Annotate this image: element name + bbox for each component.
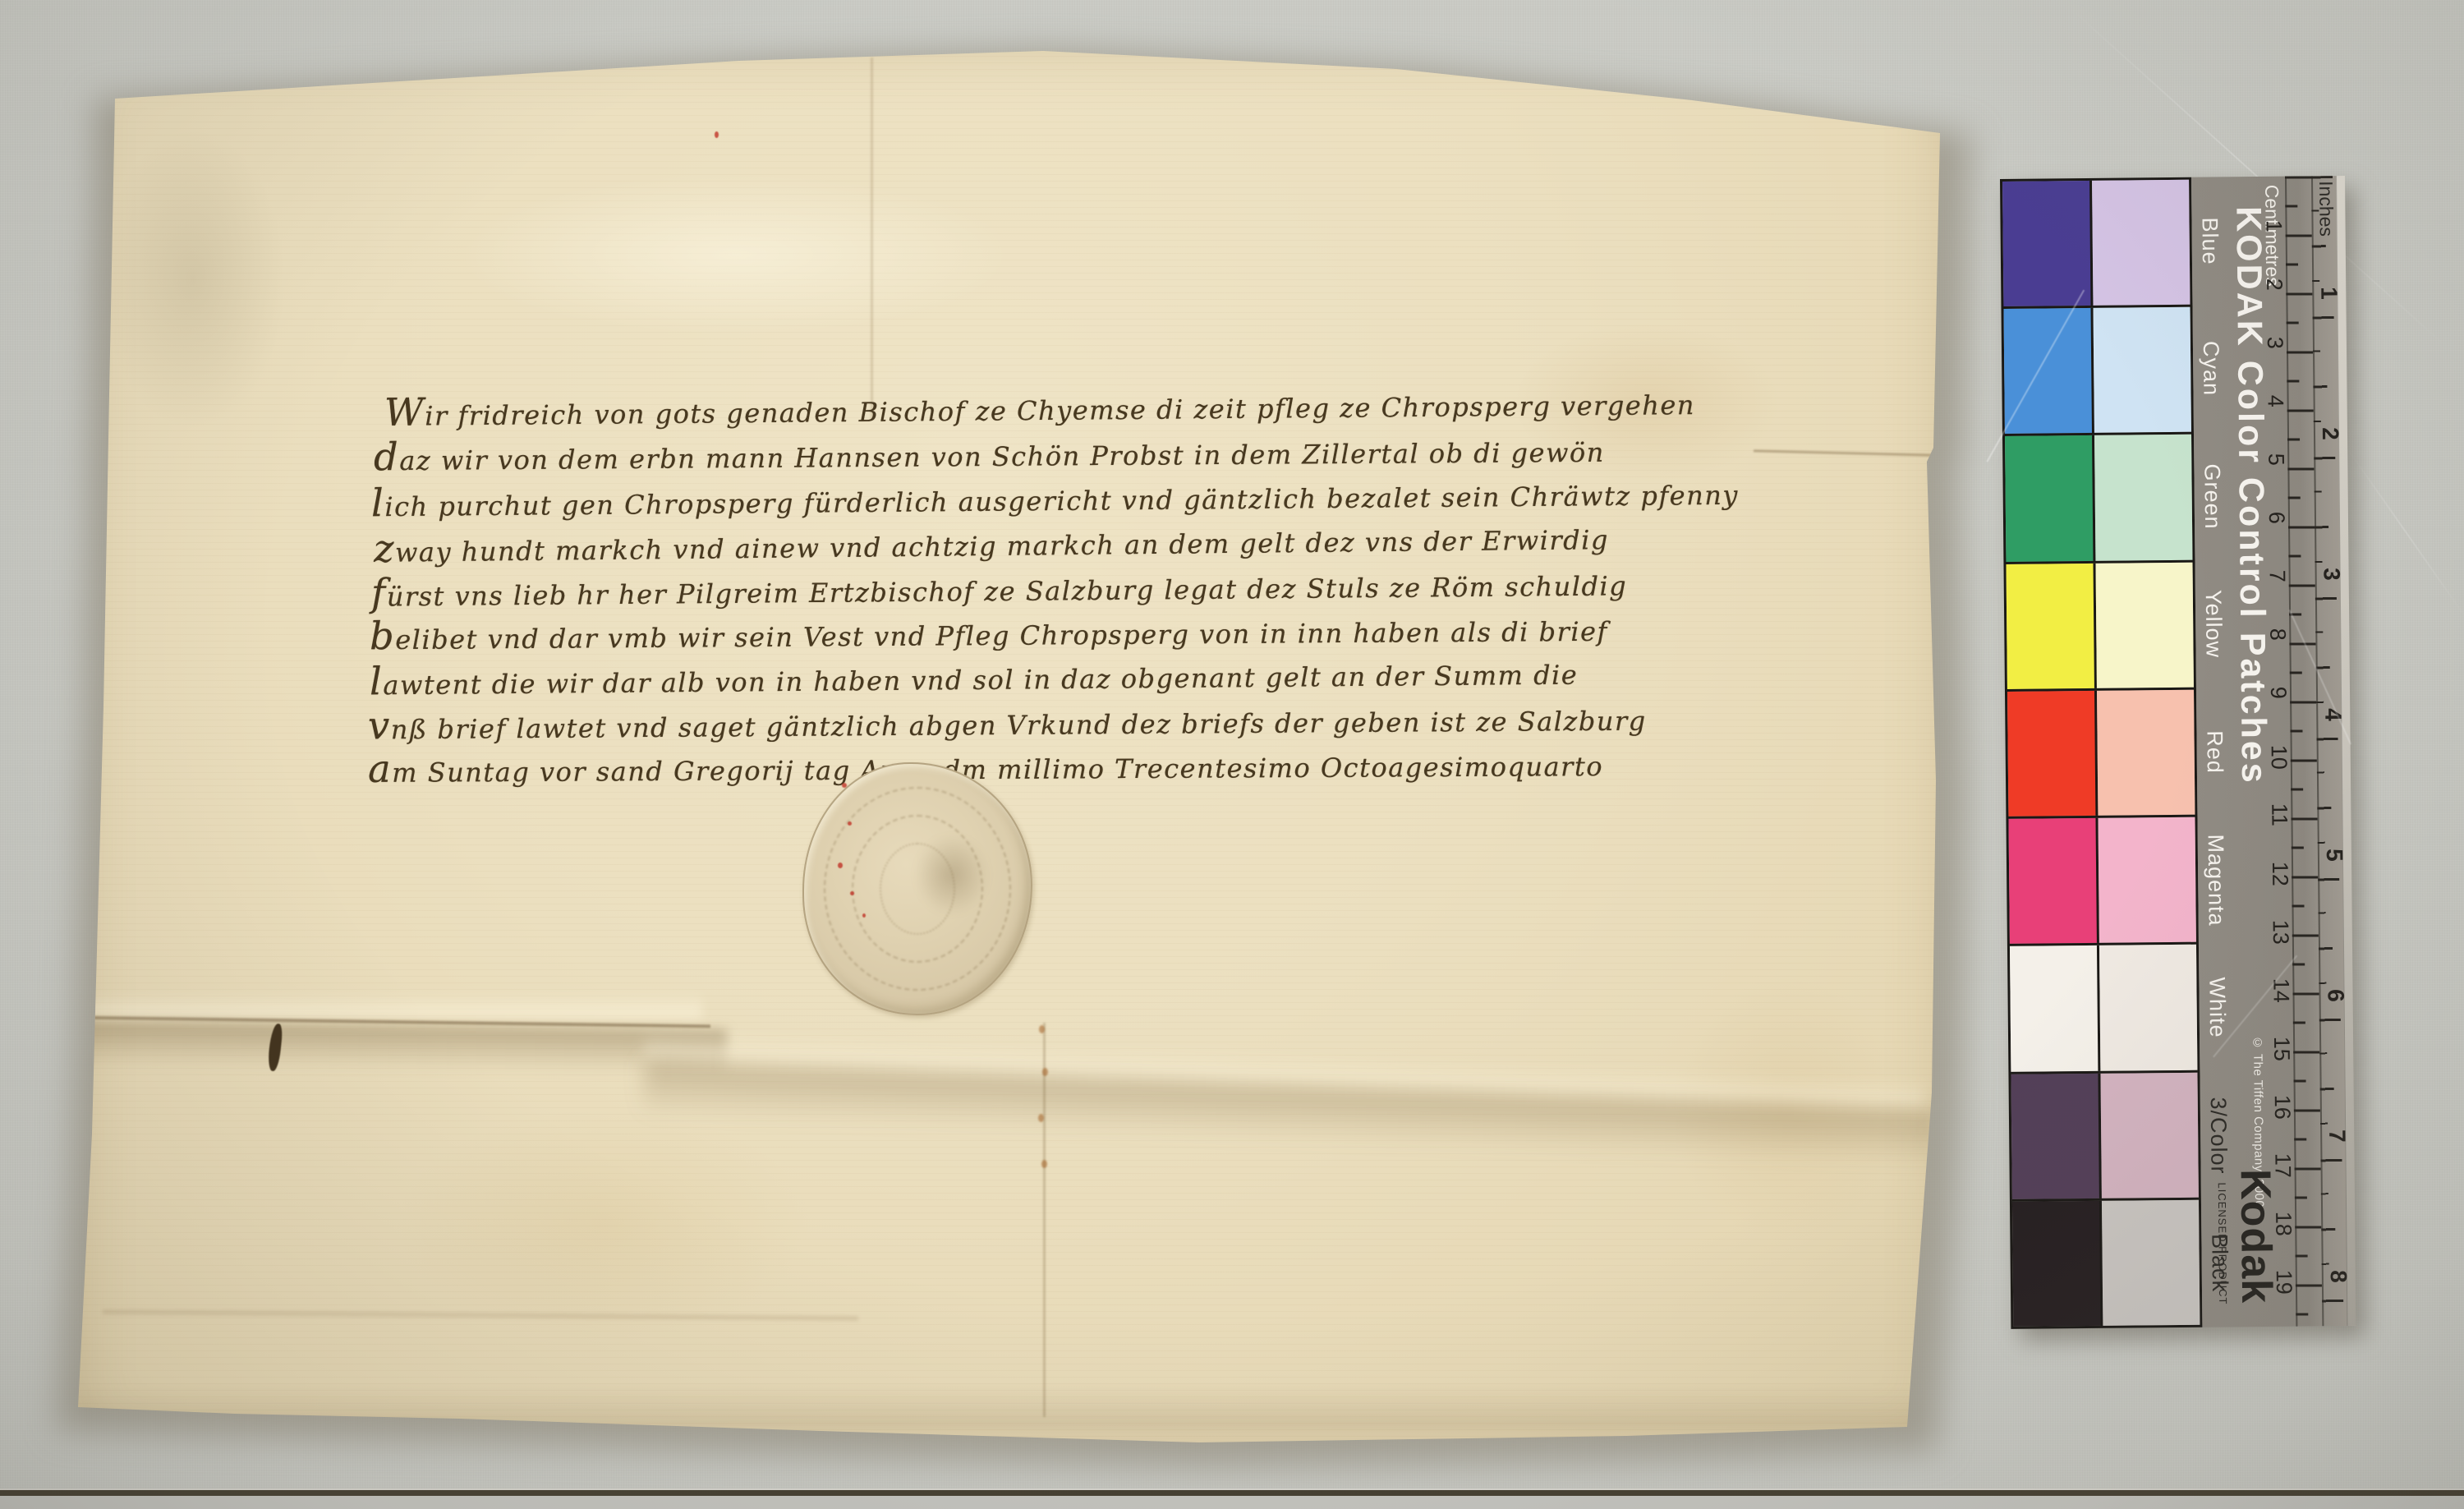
color-patch-magenta	[2008, 818, 2099, 944]
photo-background: Wir fridreich von gots genaden Bischof z…	[0, 0, 2464, 1509]
red-wax-speck	[850, 891, 854, 895]
manuscript-line: lich purchut gen Chropsperg fürderlich a…	[371, 469, 1739, 526]
inch-ruler: 12345678	[2191, 176, 2347, 1327]
color-tint-3color	[2100, 1072, 2198, 1198]
manuscript-line: am Suntag vor sand Gregorij tag Anno dm …	[368, 740, 1603, 791]
red-wax-speck	[862, 913, 866, 918]
inch-number: 8	[2325, 1270, 2351, 1283]
table-edge	[0, 1488, 2464, 1496]
tear-mark	[267, 1023, 283, 1071]
inch-number: 6	[2322, 989, 2348, 1002]
color-patch-3color	[2011, 1073, 2101, 1198]
paper-stain	[1622, 920, 1951, 1298]
manuscript-document: Wir fridreich von gots genaden Bischof z…	[78, 49, 1942, 1443]
paper-highlight	[365, 148, 1105, 361]
color-bar-label-panel: Blue Cyan Green Yellow Red Magenta White…	[2191, 176, 2347, 1327]
inch-number: 7	[2324, 1129, 2350, 1143]
color-tint-red	[2097, 690, 2195, 816]
paper-stain	[308, 1060, 899, 1388]
color-patch-cyan	[2004, 308, 2094, 434]
manuscript-line: lawtent die wir dar alb von in haben vnd…	[370, 649, 1579, 704]
color-patch-yellow	[2006, 564, 2096, 689]
color-patch-white	[2010, 945, 2100, 1071]
table-edge-below	[0, 1496, 2464, 1509]
inch-number: 3	[2319, 568, 2345, 581]
seal-impression	[802, 762, 1032, 1015]
manuscript-line: fürst vns lieb hr her Pilgreim Ertzbisch…	[371, 559, 1628, 614]
manuscript-line: belibet vnd dar vmb wir sein Vest vnd Pf…	[370, 605, 1608, 659]
color-tint-blue	[2092, 180, 2190, 306]
color-patch-grid	[2000, 177, 2202, 1329]
color-patch-blue	[2002, 181, 2093, 306]
color-tint-yellow	[2095, 562, 2193, 688]
red-wax-speck	[838, 863, 843, 868]
color-tint-cyan	[2094, 307, 2191, 433]
red-wax-speck	[848, 821, 852, 826]
color-tint-black	[2102, 1199, 2200, 1325]
red-ink-speck	[715, 131, 719, 138]
inch-number: 2	[2317, 427, 2343, 440]
color-tint-white	[2099, 945, 2197, 1070]
color-patch-black	[2012, 1201, 2103, 1327]
color-tint-green	[2094, 435, 2192, 560]
inch-number: 5	[2321, 849, 2347, 862]
inch-number: 4	[2319, 708, 2346, 721]
manuscript-line: zway hundt markch vnd ainew vnd achtzig …	[374, 513, 1609, 571]
background-scratch	[2343, 444, 2464, 619]
paper-stain	[1458, 288, 1836, 518]
kodak-color-bar: Blue Cyan Green Yellow Red Magenta White…	[2000, 176, 2356, 1329]
color-tint-magenta	[2098, 817, 2195, 943]
manuscript-line: vnß brief lawtet vnd saget gäntzlich abg…	[368, 695, 1647, 748]
red-wax-speck	[842, 783, 847, 788]
color-patch-green	[2005, 435, 2095, 561]
color-patch-red	[2007, 691, 2098, 817]
manuscript-line: Wir fridreich von gots genaden Bischof z…	[384, 379, 1695, 435]
inch-number: 1	[2315, 287, 2342, 300]
manuscript-line: daz wir von dem erbn mann Hannsen von Sc…	[374, 426, 1605, 479]
